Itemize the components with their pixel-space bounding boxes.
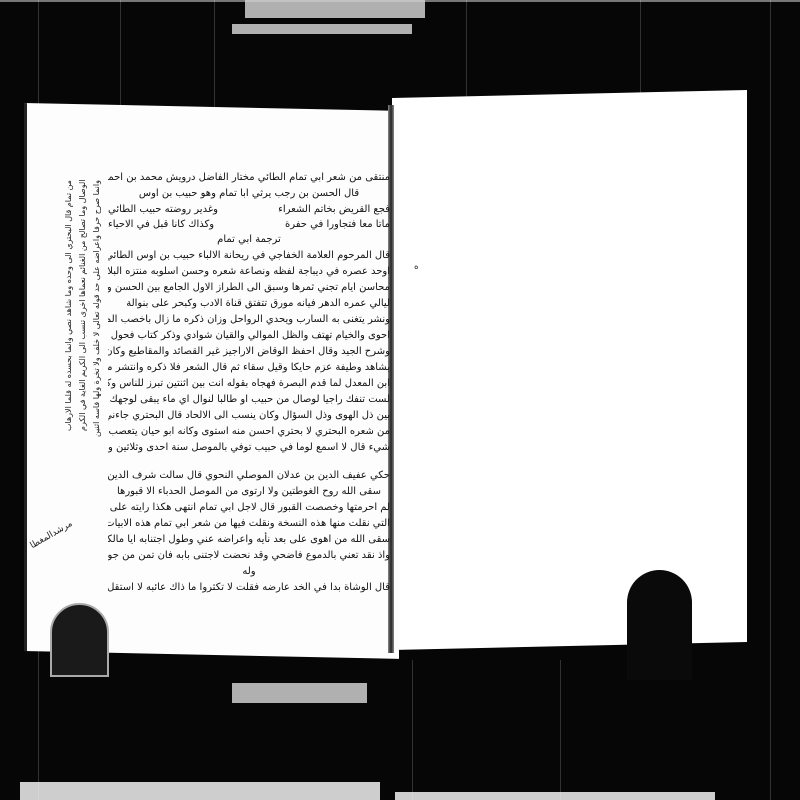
thumb-right-holding-page	[627, 570, 692, 680]
body-line: وشرح الجيد وقال احفظ الوقاض الاراجيز غير…	[108, 344, 390, 360]
header-line: قال الحسن بن رجب يرثي ابا تمام وهو حبيب …	[108, 186, 390, 202]
next-frame-remnant	[20, 782, 380, 800]
body-line: بشاهد وطيفة عزم حايكا وقيل سقاء ثم قال ا…	[108, 360, 390, 376]
closing-line: لم احرمتها وخصصت القبور قال لاجل ابي تما…	[108, 500, 390, 516]
body-line: ليالي عمره الدهر فيانه مورق تتفتق قناة ا…	[108, 296, 390, 312]
body-line: اوحد عصره في ديباجة لفظه ونصاعة شعره وحس…	[108, 264, 390, 280]
verse-hemistich-left: وكذاك كانا قبل في الاحياء	[108, 217, 214, 232]
verse-hemistich-right: فجع القريض بخاتم الشعراء	[278, 202, 390, 217]
body-line: محاسن ايام تجني ثمرها وسبق الى الطراز ال…	[108, 280, 390, 296]
verse-hemistich-right: ماتا معا فتجاورا في حفرة	[285, 217, 390, 232]
closing-line: واذ نقد تعني بالدموع فاضحي وقد نحضت لاجت…	[108, 548, 390, 564]
thumb-left-holding-page	[50, 603, 109, 677]
film-scratch	[412, 660, 413, 800]
film-scratch	[770, 0, 771, 800]
next-frame-remnant	[395, 792, 715, 800]
header-line: منتقى من شعر ابي تمام الطائي مختار الفاض…	[108, 170, 390, 186]
scanned-book-spread: ه منتقى من شعر ابي تمام الطائي مختار الف…	[0, 0, 800, 800]
section-title: ترجمة ابي تمام	[108, 232, 390, 248]
manuscript-text: منتقى من شعر ابي تمام الطائي مختار الفاض…	[108, 170, 390, 596]
closing-line: التي نقلت منها هذه النسخة ونقلت فيها من …	[108, 516, 390, 532]
body-line: احوى والخيام تهتف والظل الموالي والقيان …	[108, 328, 390, 344]
margin-note-line: وانما صرح حرفا واعراضه على حد قوله تعالى…	[92, 180, 102, 560]
right-page	[392, 90, 747, 650]
margin-note-line: من تمام قال البحتري الى وحده وما شاهد نص…	[64, 180, 74, 560]
verse-hemistich-left: وغدير روضته حبيب الطائي	[108, 202, 218, 217]
body-line: قال المرحوم العلامة الخفاجي في ريحانة ال…	[108, 248, 390, 264]
margin-note-line: الوصال وما تصالح من الغنائم نعماها اخرى …	[78, 180, 88, 560]
closing-line: سقى الله روح الغوطتين ولا ارتوى من الموص…	[108, 484, 390, 500]
body-line: بين ذل الهوى وذل السؤال وكان ينسب الى ال…	[108, 408, 390, 424]
body-line: ونشر يتغنى به السارب ويحدي الرواحل وزان …	[108, 312, 390, 328]
closing-line: قال الوشاة بدا في الخد عارضه فقلت لا تكث…	[108, 580, 390, 596]
film-scratch	[214, 0, 215, 120]
body-line: من شعره البحتري لا بحتري احسن منه استوى …	[108, 424, 390, 440]
film-scratch	[560, 660, 561, 800]
film-scratch	[466, 0, 467, 110]
closing-line: سقى الله من اهوى على بعد نأيه واعراضه عن…	[108, 532, 390, 548]
previous-frame-remnant	[232, 24, 412, 34]
verse-line: ماتا معا فتجاورا في حفرة وكذاك كانا قبل …	[108, 217, 390, 232]
margin-note: وانما صرح حرفا واعراضه على حد قوله تعالى…	[32, 170, 122, 570]
previous-frame-remnant	[245, 0, 425, 18]
closing-line: وله	[108, 564, 390, 580]
body-line: لست تنفك راجيا لوصال من حبيب او طالبا لن…	[108, 392, 390, 408]
right-page-mark: ه	[414, 262, 419, 272]
closing-line: حكي عفيف الدين بن عدلان الموصلي النحوي ق…	[108, 468, 390, 484]
verse-line: فجع القريض بخاتم الشعراء وغدير روضته حبي…	[108, 202, 390, 217]
binding-remnant	[232, 683, 367, 703]
body-line: شيء قال لا اسمع لوما في حبيب توفي بالموص…	[108, 440, 390, 456]
body-line: ابن المعدل لما قدم البصرة فهجاه بقوله ان…	[108, 376, 390, 392]
